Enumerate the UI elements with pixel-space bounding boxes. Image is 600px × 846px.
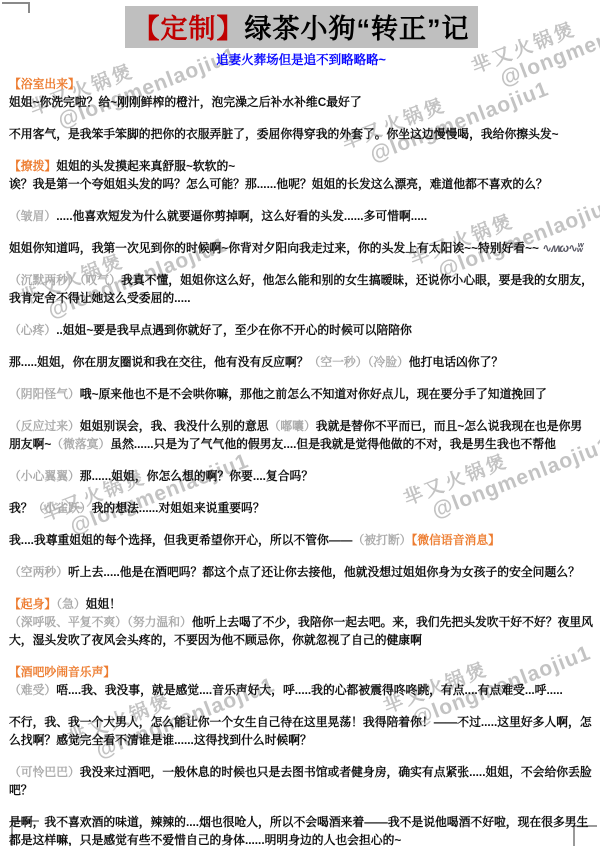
dialogue-text: 那.....姐姐，你在朋友圈说和我在交往，他有没有反应啊？: [9, 355, 309, 369]
document-page: 芈又火锅煲@longmenlaojiu1芈又火锅煲@longmenlaojiu1…: [0, 0, 600, 846]
tone-note: （心疼）: [9, 323, 56, 337]
tone-note: （难受）: [9, 683, 56, 697]
tone-note: （空两秒）: [9, 565, 68, 579]
tone-note: （深呼吸、平复不爽）（努力温和）: [9, 615, 192, 629]
dialogue-text: 姐姐~你洗完啦？给~刚刚鲜榨的橙汁，泡完澡之后补水补维C最好了: [9, 95, 362, 109]
script-paragraph: 我？（小雀跃）我的想法......对姐姐来说重要吗？: [9, 499, 593, 517]
scene-marker: 【酒吧吵闹音乐声】: [9, 665, 115, 679]
script-paragraph: （小心翼翼）那......姐姐，你怎么想的啊？你要....复合吗？: [9, 467, 593, 485]
tone-note: （沉默两秒）（叹气）: [9, 273, 121, 287]
script-paragraph: 是啊，我不喜欢酒的味道，辣辣的....烟也很呛人，所以不会喝酒来着——我不是说他…: [9, 813, 593, 846]
dialogue-text: 姐姐别误会，我、我没什么别的意思: [80, 419, 269, 433]
scene-marker: 【起身】: [9, 597, 56, 611]
script-paragraph: （可怜巴巴）我没来过酒吧，一般休息的时候也只是去图书馆或者健身房，确实有点紧张.…: [9, 763, 593, 799]
script-paragraph: 不用客气，是我笨手笨脚的把你的衣服弄脏了，委屈你得穿我的外套了。你坐这边慢慢喝，…: [9, 125, 593, 143]
dialogue-text: 虽然......只是为了气气他的假男友....但是我就是觉得他做的不对，我是男生…: [110, 437, 556, 451]
script-paragraph: 【酒吧吵闹音乐声】: [9, 663, 593, 681]
script-paragraph: （心疼）..姐姐~要是我早点遇到你就好了，至少在你不开心的时候可以陪陪你: [9, 321, 593, 339]
tone-note: （皱眉）: [9, 209, 56, 223]
dialogue-text: 是啊，我不喜欢酒的味道，辣辣的....烟也很呛人，所以不会喝酒来着——我不是说他…: [9, 815, 588, 846]
title-main: 绿茶小狗“转正”记: [245, 14, 470, 44]
dialogue-text: 姐姐的头发摸起来真舒服~软软的~: [56, 159, 235, 173]
script-paragraph: 我....我尊重姐姐的每个选择，但我更希望你开心，所以不管你——（被打断）【微信…: [9, 531, 593, 549]
script-paragraph: （深呼吸、平复不爽）（努力温和）他听上去喝了不少，我陪你一起去吧。来，我们先把头…: [9, 613, 593, 649]
document-content: 【定制】绿茶小狗“转正”记 追妻火葬场但是追不到略略略~ 【浴室出来】姐姐~你洗…: [9, 6, 593, 846]
dialogue-text: 姐姐！: [86, 597, 121, 611]
tone-note: （被打断）: [352, 533, 411, 547]
tone-note: （小心翼翼）: [9, 469, 80, 483]
script-paragraph: （难受）唔....我、我没事，就是感觉....音乐声好大，呼.....我的心都被…: [9, 681, 593, 699]
tone-note: （微落寞）: [51, 437, 110, 451]
dialogue-text: .....他喜欢短发为什么就要逼你剪掉啊，这么好看的头发......多可惜啊..…: [56, 209, 427, 223]
script-paragraph: 姐姐~你洗完啦？给~刚刚鲜榨的橙汁，泡完澡之后补水补维C最好了: [9, 93, 593, 111]
script-paragraph: （皱眉）.....他喜欢短发为什么就要逼你剪掉啊，这么好看的头发......多可…: [9, 207, 593, 225]
script-paragraph: 不行，我、我一个大男人，怎么能让你一个女生自己待在这里晃荡！我得陪着你！——不过…: [9, 713, 593, 749]
dialogue-text: 我没来过酒吧，一般休息的时候也只是去图书馆或者健身房，确实有点紧张.....姐姐…: [9, 765, 592, 797]
title-tag: 【定制】: [133, 14, 245, 44]
scene-marker: 【微信语音消息】: [411, 533, 499, 547]
subtitle: 追妻火葬场但是追不到略略略~: [9, 50, 593, 68]
script-paragraph: （阴阳怪气）哦~原来他也不是不会哄你嘛，那他之前怎么不知道对你好点儿，现在要分手…: [9, 385, 593, 403]
script-body: 【浴室出来】姐姐~你洗完啦？给~刚刚鲜榨的橙汁，泡完澡之后补水补维C最好了不用客…: [9, 75, 593, 846]
script-paragraph: 姐姐你知道吗，我第一次见到你的时候啊~你背对夕阳向我走过来，你的头发上有太阳诶~…: [9, 239, 593, 257]
dialogue-text: 不用客气，是我笨手笨脚的把你的衣服弄脏了，委屈你得穿我的外套了。你坐这边慢慢喝，…: [9, 127, 559, 141]
dialogue-text: 那......姐姐，你怎么想的啊？你要....复合吗？: [80, 469, 313, 483]
doodle-squiggle: ∿ʍω∿ʬ: [542, 241, 582, 255]
dialogue-text: 我....我尊重姐姐的每个选择，但我更希望你开心，所以不管你——: [9, 533, 352, 547]
dialogue-text: 听上去.....他是在酒吧吗？都这个点了还让你去接他，他就没想过姐姐你身为女孩子…: [68, 565, 580, 579]
dialogue-text: 不行，我、我一个大男人，怎么能让你一个女生自己待在这里晃荡！我得陪着你！——不过…: [9, 715, 592, 747]
tone-note: （急）: [56, 597, 86, 611]
title-highlight-box: 【定制】绿茶小狗“转正”记: [125, 6, 478, 48]
dialogue-text: 姐姐你知道吗，我第一次见到你的时候啊~你背对夕阳向我走过来，你的头发上有太阳诶~…: [9, 241, 542, 255]
tone-note: （阴阳怪气）: [9, 387, 80, 401]
dialogue-text: 我的想法......对姐姐来说重要吗？: [92, 501, 265, 515]
scene-marker: 【浴室出来】: [9, 77, 80, 91]
scene-marker: 【撩拨】: [9, 159, 56, 173]
script-paragraph: （反应过来）姐姐别误会，我、我没什么别的意思（嘟囔）我就是替你不平而已，而且~怎…: [9, 417, 593, 453]
dialogue-text: 他打电话凶你了？: [409, 355, 503, 369]
dialogue-text: 唔....我、我没事，就是感觉....音乐声好大，呼.....我的心都被震得咚咚…: [56, 683, 563, 697]
tone-note: （小雀跃）: [33, 501, 92, 515]
dialogue-text: ..姐姐~要是我早点遇到你就好了，至少在你不开心的时候可以陪陪你: [56, 323, 412, 337]
script-paragraph: 那.....姐姐，你在朋友圈说和我在交往，他有没有反应啊？（空一秒）（冷脸）他打…: [9, 353, 593, 371]
tone-note: （嘟囔）: [269, 419, 316, 433]
tone-note: （反应过来）: [9, 419, 80, 433]
dialogue-text: 哦~原来他也不是不会哄你嘛，那他之前怎么不知道对你好点儿，现在要分手了知道挽回了: [80, 387, 547, 401]
script-paragraph: （沉默两秒）（叹气）我真不懂，姐姐你这么好，他怎么能和别的女生搞暧昧，还说你小心…: [9, 271, 593, 307]
script-paragraph: 【浴室出来】: [9, 75, 593, 93]
tone-note: （空一秒）（冷脸）: [309, 355, 409, 369]
dialogue-text: 诶？我是第一个夸姐姐头发的吗？怎么可能？那......他呢？姐姐的长发这么漂亮，…: [9, 177, 548, 191]
script-paragraph: 诶？我是第一个夸姐姐头发的吗？怎么可能？那......他呢？姐姐的长发这么漂亮，…: [9, 175, 593, 193]
dialogue-text: 我？: [9, 501, 33, 515]
script-paragraph: （空两秒）听上去.....他是在酒吧吗？都这个点了还让你去接他，他就没想过姐姐你…: [9, 563, 593, 581]
script-paragraph: 【撩拨】姐姐的头发摸起来真舒服~软软的~: [9, 157, 593, 175]
script-paragraph: 【起身】（急）姐姐！: [9, 595, 593, 613]
page-title: 【定制】绿茶小狗“转正”记: [9, 6, 593, 48]
tone-note: （可怜巴巴）: [9, 765, 80, 779]
